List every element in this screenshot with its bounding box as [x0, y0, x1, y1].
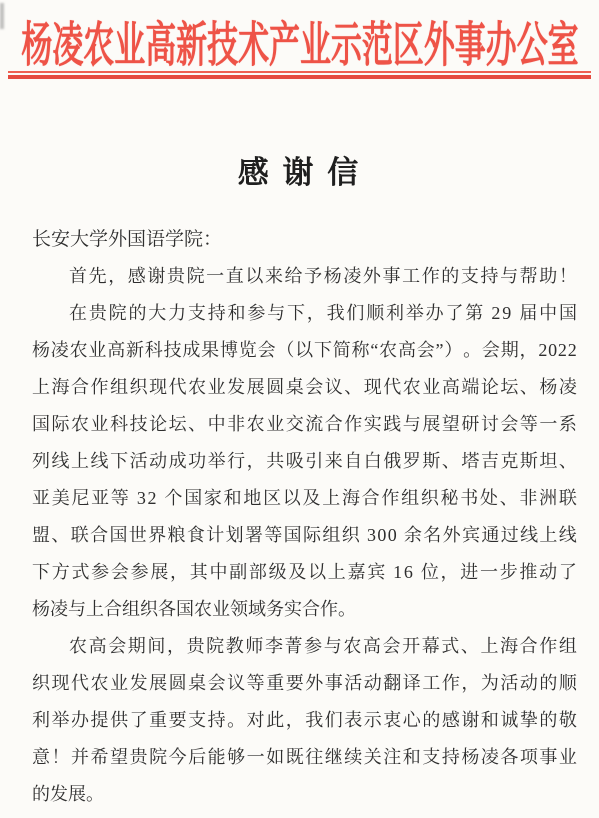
- body-line: 织现代农业发展圆桌会议等重要外事活动翻译工作，为活动的顺: [32, 665, 577, 702]
- letter-body: 长安大学外国语学院： 首先，感谢贵院一直以来给予杨凌外事工作的支持与帮助！在贵院…: [32, 221, 577, 813]
- office-name: 杨凌农业高新技术产业示范区外事办公室: [21, 6, 578, 75]
- body-line: 农高会期间，贵院教师李菁参与农高会开幕式、上海合作组: [32, 628, 577, 665]
- letterhead-rule: [8, 71, 591, 79]
- letter-page: 杨凌农业高新技术产业示范区外事办公室 感 谢 信 长安大学外国语学院： 首先，感…: [0, 0, 599, 818]
- body-line: 的发展。: [32, 776, 577, 813]
- letterhead: 杨凌农业高新技术产业示范区外事办公室: [0, 6, 599, 75]
- body-line: 利举办提供了重要支持。对此，我们表示衷心的感谢和诚挚的敬: [32, 702, 577, 739]
- body-line: 杨凌与上合组织各国农业领域务实合作。: [32, 591, 577, 628]
- letter-title: 感 谢 信: [0, 147, 599, 192]
- body-line: 上海合作组织现代农业发展圆桌会议、现代农业高端论坛、杨凌: [32, 369, 577, 406]
- body-line: 意！并希望贵院今后能够一如既往继续关注和支持杨凌各项事业: [32, 739, 577, 776]
- body-line: 盟、联合国世界粮食计划署等国际组织 300 余名外宾通过线上线: [32, 517, 577, 554]
- body-line: 亚美尼亚等 32 个国家和地区以及上海合作组织秘书处、非洲联: [32, 480, 577, 517]
- body-line: 列线上线下活动成功举行，共吸引来自白俄罗斯、塔吉克斯坦、: [32, 443, 577, 480]
- body-line: 国际农业科技论坛、中非农业交流合作实践与展望研讨会等一系: [32, 406, 577, 443]
- body-line: 下方式参会参展，其中副部级及以上嘉宾 16 位，进一步推动了: [32, 554, 577, 591]
- salutation: 长安大学外国语学院：: [32, 221, 577, 258]
- body-line: 在贵院的大力支持和参与下，我们顺利举办了第 29 届中国: [32, 295, 577, 332]
- body-line: 首先，感谢贵院一直以来给予杨凌外事工作的支持与帮助！: [32, 258, 577, 295]
- letterhead-rule-thick: [8, 75, 591, 79]
- letterhead-rule-thin: [8, 71, 591, 73]
- body-line: 杨凌农业高新科技成果博览会（以下简称“农高会”）。会期，2022: [32, 332, 577, 369]
